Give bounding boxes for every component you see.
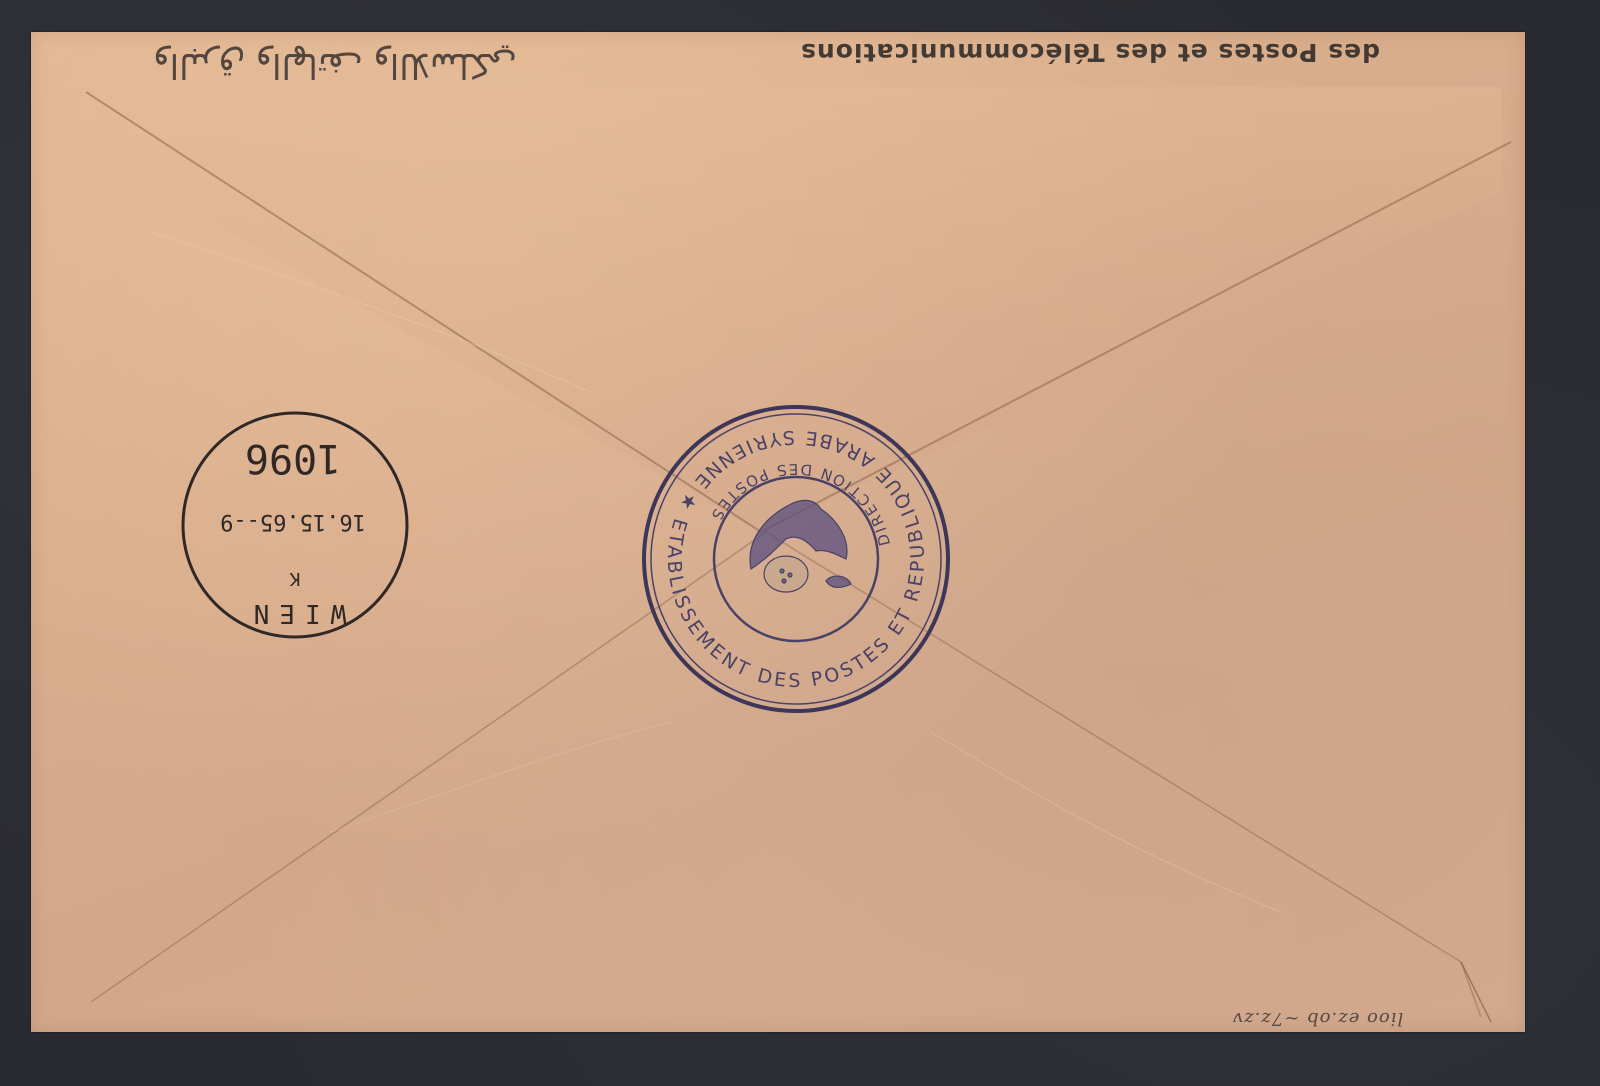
postmark-circle-icon: WIEN K 16.15.65--9 1096 — [175, 405, 415, 645]
postmark-office-letter: K — [289, 568, 300, 589]
handwritten-note: lioo ez.ob ~7z.zv — [1232, 1008, 1403, 1029]
arabic-imprint-line-2: مؤسسة البريد — [105, 0, 565, 5]
postmark-city: WIEN — [244, 598, 347, 628]
postmark-postal-code: 1096 — [245, 435, 341, 481]
imprint-line-establishment: Etablissement — [750, 0, 1430, 5]
seal-icon: REPUBLIQUE ARABE SYRIENNE ★ ETABLISSEMEN… — [635, 398, 957, 720]
eagle-emblem-icon — [750, 500, 851, 592]
syrian-ptt-seal: REPUBLIQUE ARABE SYRIENNE ★ ETABLISSEMEN… — [635, 398, 957, 720]
postmark-date: 16.15.65--9 — [220, 509, 366, 534]
wien-postmark: WIEN K 16.15.65--9 1096 — [175, 405, 415, 645]
arabic-imprint-line-3: والبرق والهاتف واللاسلكي — [105, 45, 565, 85]
imprint-line-posts-telecom: des Postes et des Télécommunications — [750, 38, 1430, 67]
